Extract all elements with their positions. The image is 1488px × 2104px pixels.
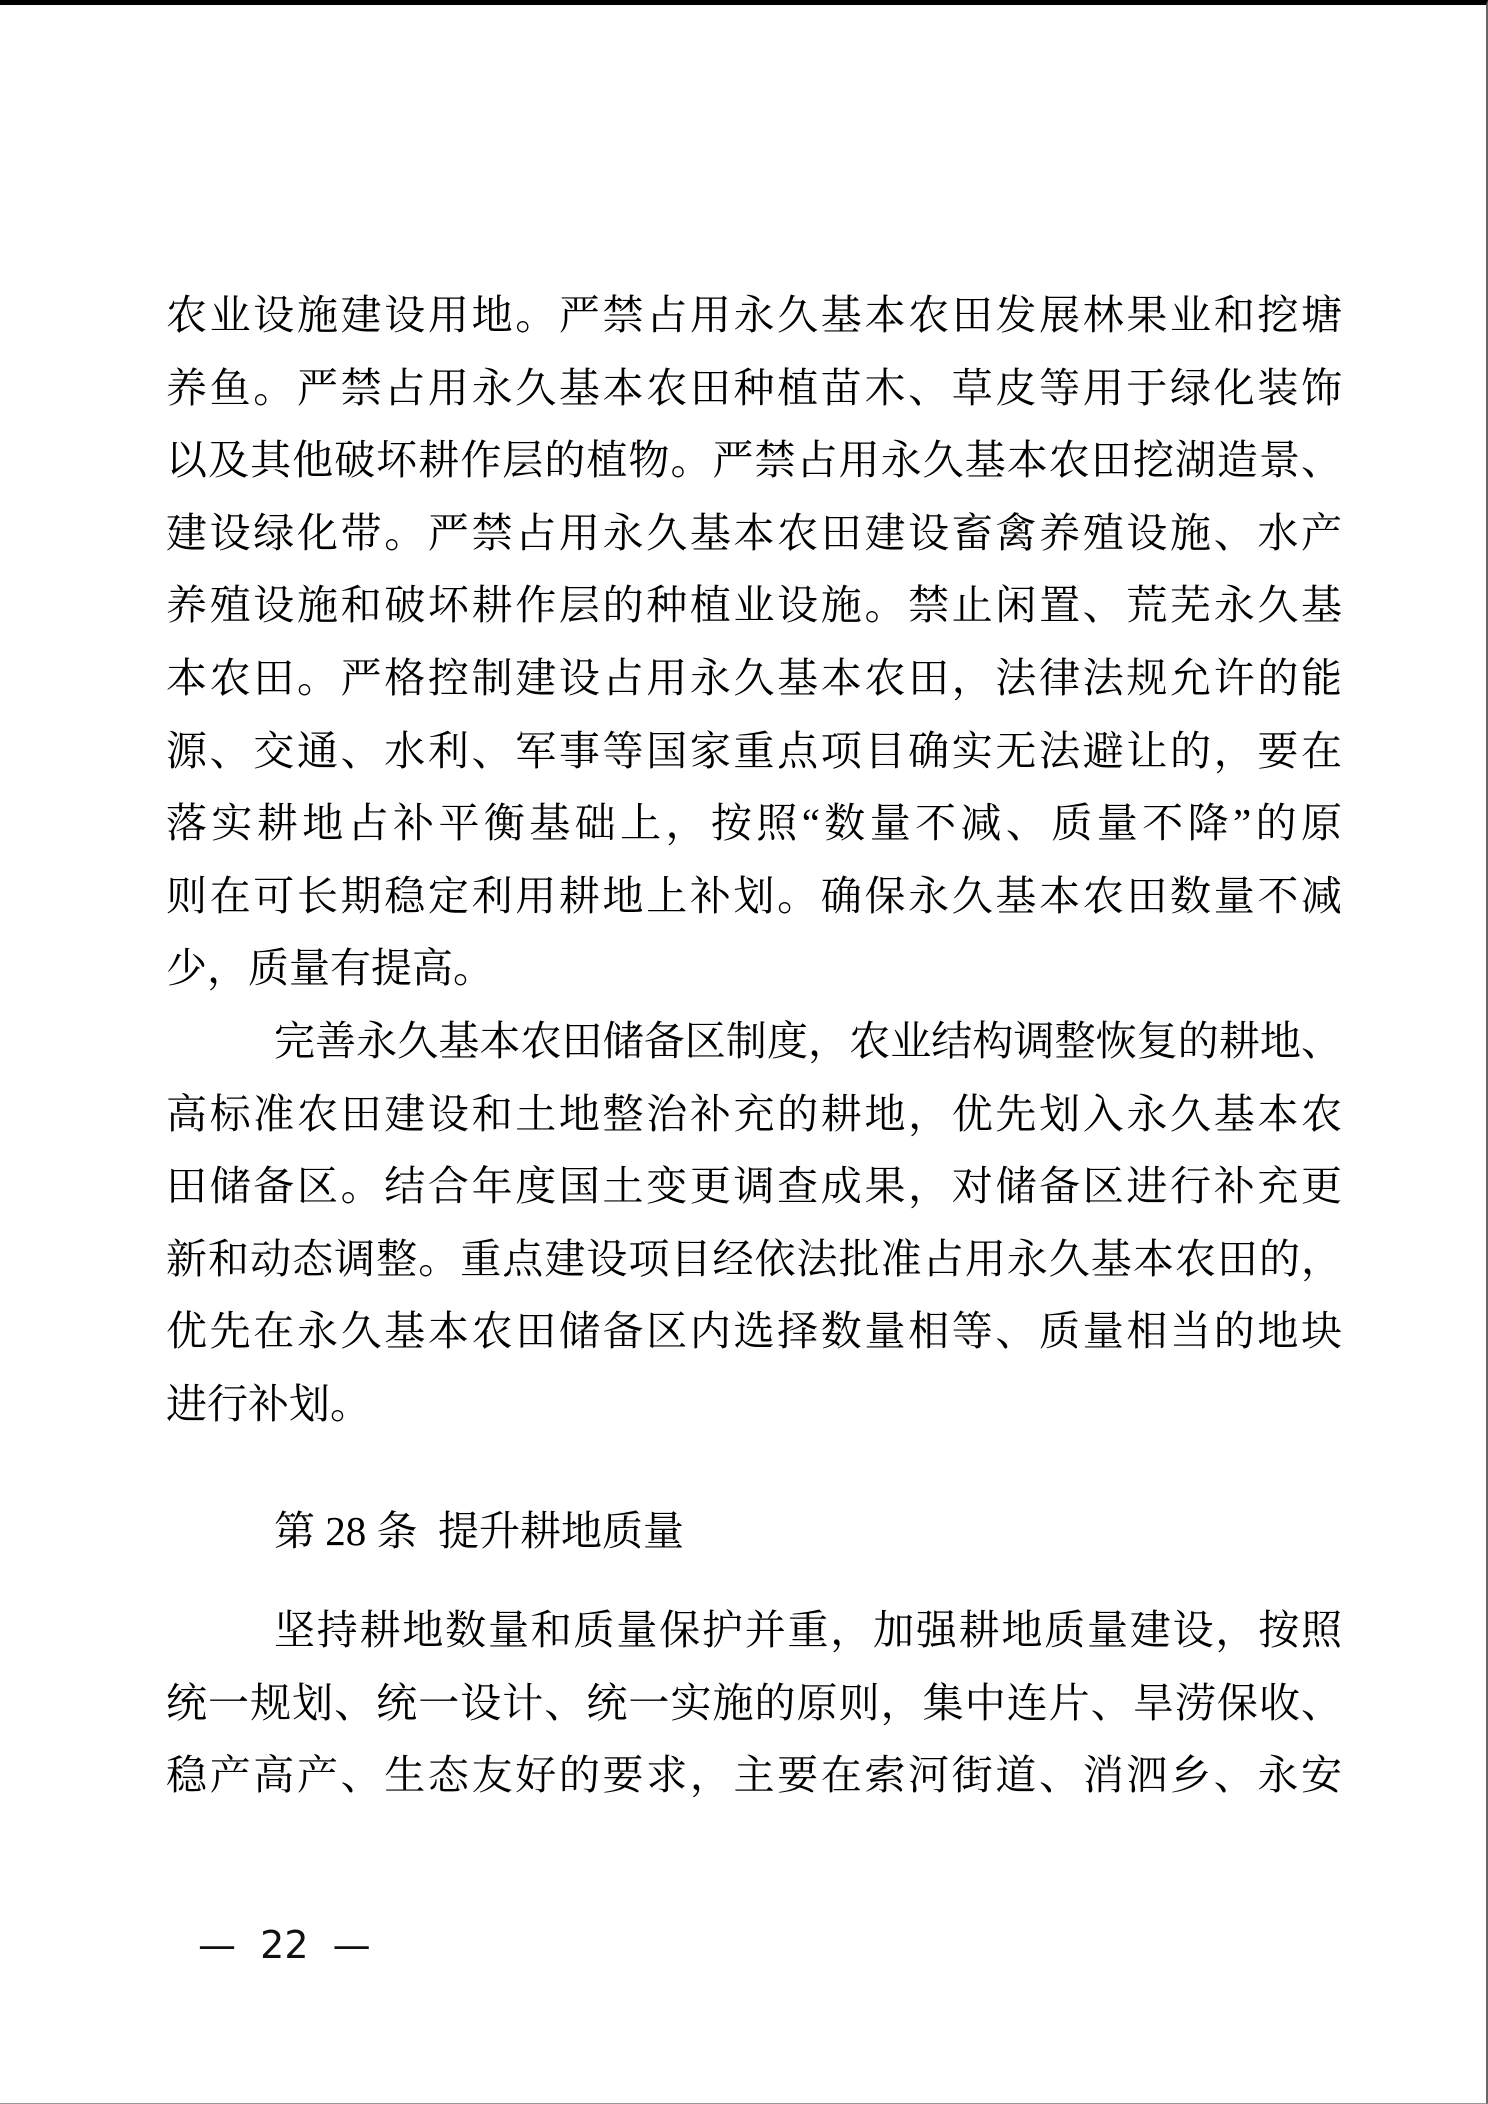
body-line: 落实耕地占补平衡基础上，按照“数量不减、质量不降”的原 bbox=[166, 787, 1342, 860]
body-line: 田储备区。结合年度国土变更调查成果，对储备区进行补充更 bbox=[166, 1150, 1342, 1223]
body-line: 养殖设施和破坏耕作层的种植业设施。禁止闲置、荒芜永久基 bbox=[166, 569, 1342, 642]
body-line: 建设绿化带。严禁占用永久基本农田建设畜禽养殖设施、水产 bbox=[166, 497, 1342, 570]
body-line: 农业设施建设用地。严禁占用永久基本农田发展林果业和挖塘 bbox=[166, 279, 1342, 352]
body-line: 源、交通、水利、军事等国家重点项目确实无法避让的，要在 bbox=[166, 715, 1342, 788]
body-line: 进行补划。 bbox=[166, 1368, 1342, 1441]
body-line: 高标准农田建设和土地整治补充的耕地，优先划入永久基本农 bbox=[166, 1078, 1342, 1151]
body-line: 统一规划、统一设计、统一实施的原则，集中连片、旱涝保收、 bbox=[166, 1667, 1342, 1740]
body-line: 坚持耕地数量和质量保护并重，加强耕地质量建设，按照 bbox=[166, 1594, 1342, 1667]
body-line: 新和动态调整。重点建设项目经依法批准占用永久基本农田的， bbox=[166, 1223, 1342, 1296]
body-line: 以及其他破坏耕作层的植物。严禁占用永久基本农田挖湖造景、 bbox=[166, 424, 1342, 497]
body-line: 则在可长期稳定利用耕地上补划。确保永久基本农田数量不减 bbox=[166, 860, 1342, 933]
page-number: — 22 — bbox=[198, 1923, 371, 1967]
section-heading: 第 28 条 提升耕地质量 bbox=[166, 1495, 1342, 1568]
text-block: 农业设施建设用地。严禁占用永久基本农田发展林果业和挖塘 养鱼。严禁占用永久基本农… bbox=[166, 279, 1342, 1812]
body-line: 养鱼。严禁占用永久基本农田种植苗木、草皮等用于绿化装饰 bbox=[166, 352, 1342, 425]
body-line: 少，质量有提高。 bbox=[166, 932, 1342, 1005]
body-line: 优先在永久基本农田储备区内选择数量相等、质量相当的地块 bbox=[166, 1295, 1342, 1368]
body-line: 稳产高产、生态友好的要求，主要在索河街道、消泗乡、永安 bbox=[166, 1739, 1342, 1812]
body-line: 本农田。严格控制建设占用永久基本农田，法律法规允许的能 bbox=[166, 642, 1342, 715]
body-line: 完善永久基本农田储备区制度，农业结构调整恢复的耕地、 bbox=[166, 1005, 1342, 1078]
document-page: 农业设施建设用地。严禁占用永久基本农田发展林果业和挖塘 养鱼。严禁占用永久基本农… bbox=[0, 0, 1488, 2104]
